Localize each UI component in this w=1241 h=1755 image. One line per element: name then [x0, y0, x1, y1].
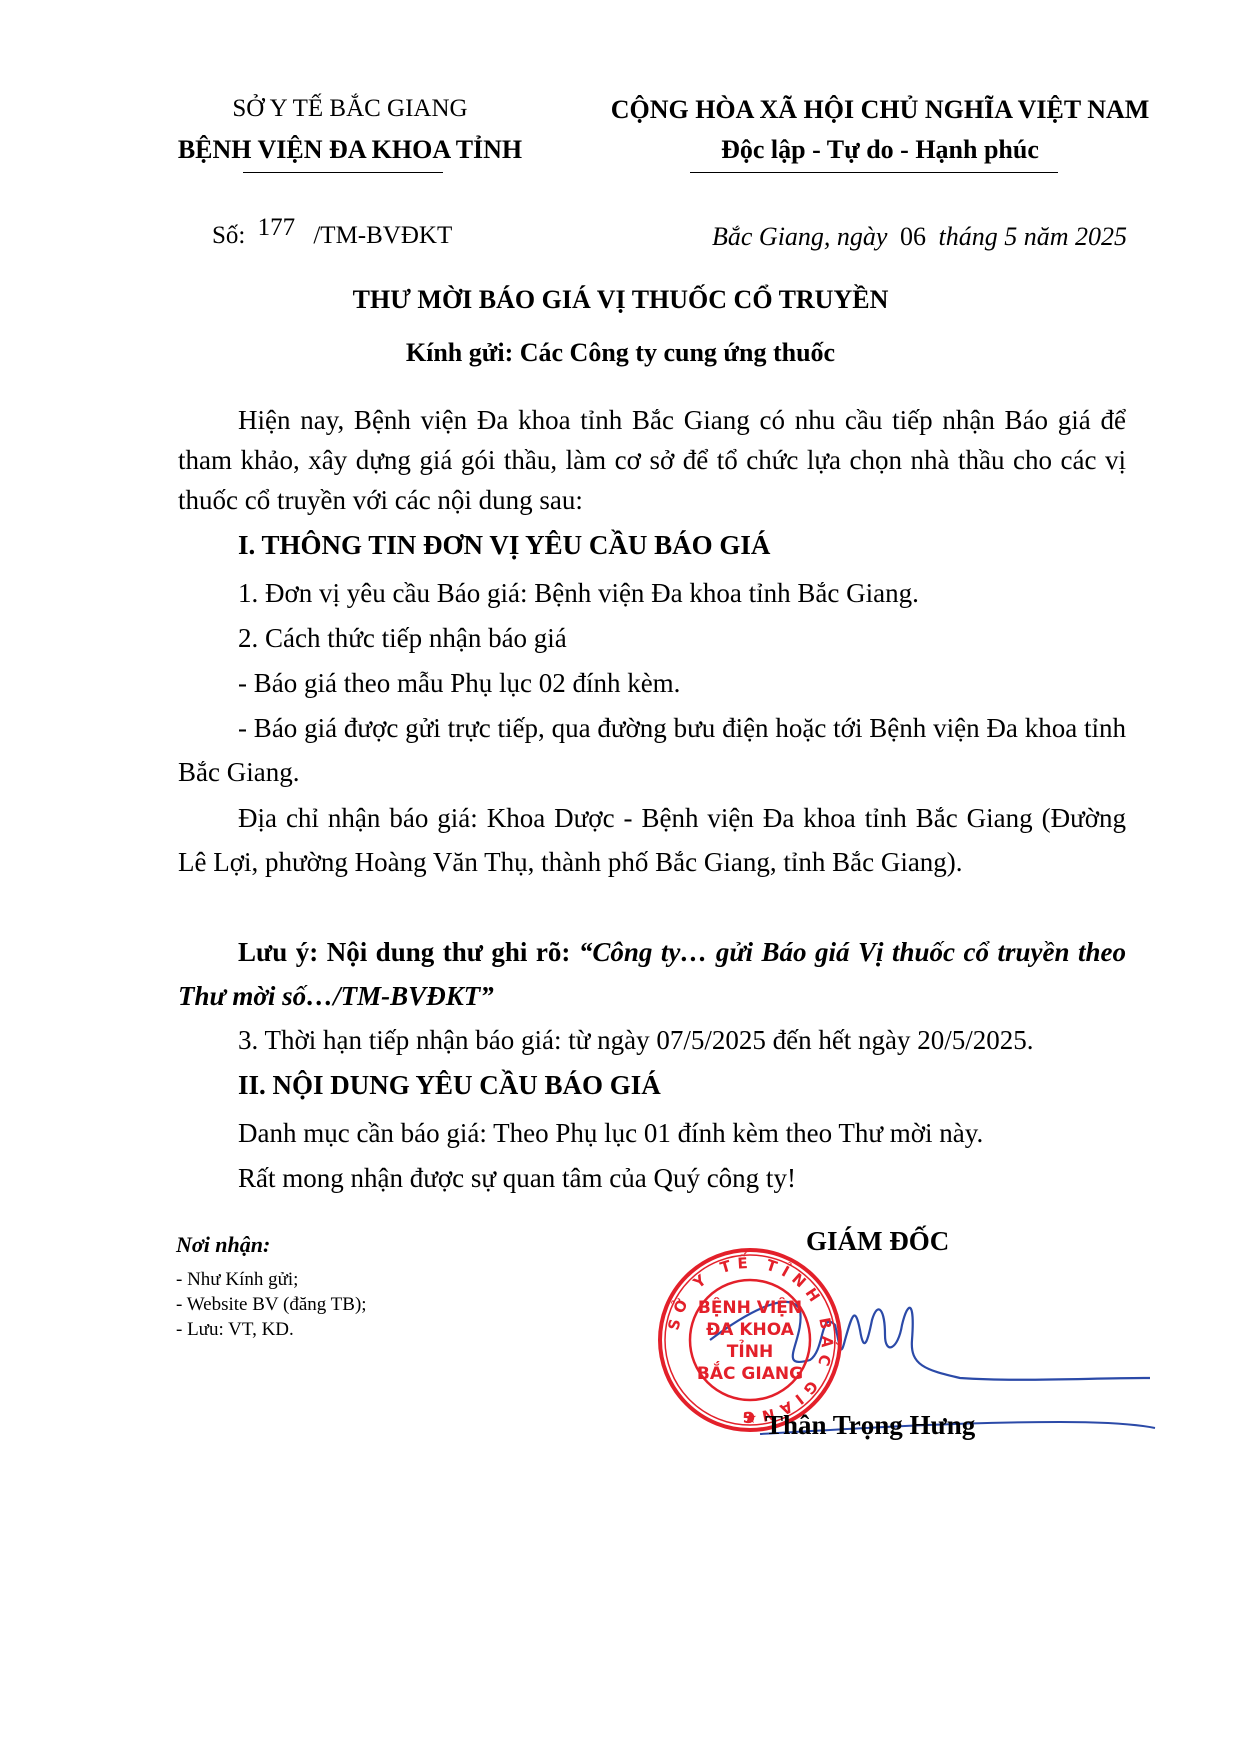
motto-underline [690, 172, 1058, 173]
svg-text:TỈNH: TỈNH [727, 1339, 773, 1362]
section1-address: Địa chỉ nhận báo giá: Khoa Dược - Bệnh v… [178, 796, 1126, 884]
section1-item2: 2. Cách thức tiếp nhận báo giá [238, 623, 1186, 654]
document-title: THƯ MỜI BÁO GIÁ VỊ THUỐC CỔ TRUYỀN [0, 285, 1241, 315]
hospital-name-underline [243, 172, 443, 173]
date-place: Bắc Giang, ngày [712, 222, 887, 251]
number-label: Số: [212, 222, 245, 249]
hospital-name: BỆNH VIỆN ĐA KHOA TỈNH [130, 135, 570, 165]
signer-name: Thân Trọng Hưng [765, 1410, 975, 1441]
country-title: CỘNG HÒA XÃ HỘI CHỦ NGHĨA VIỆT NAM [580, 95, 1180, 125]
svg-text:BỆNH VIỆN: BỆNH VIỆN [698, 1296, 802, 1318]
section1-item1: 1. Đơn vị yêu cầu Báo giá: Bệnh viện Đa … [238, 578, 1186, 609]
closing-sentence: Rất mong nhận được sự quan tâm của Quý c… [238, 1163, 1186, 1194]
section1-bullet1: - Báo giá theo mẫu Phụ lục 02 đính kèm. [238, 668, 1186, 699]
number-value: 177 [258, 214, 296, 241]
section1-note: Lưu ý: Nội dung thư ghi rõ: “Công ty… gử… [178, 930, 1126, 1018]
official-stamp-icon: SỞ Y TẾ TỈNH BẮC GIANG BỆNH VIỆN ĐA KHOA… [655, 1245, 845, 1435]
svg-text:★: ★ [743, 1410, 757, 1427]
section2-heading: II. NỘI DUNG YÊU CẦU BÁO GIÁ [238, 1070, 1186, 1101]
section2-item1: Danh mục cần báo giá: Theo Phụ lục 01 đí… [238, 1118, 1186, 1149]
section1-item3: 3. Thời hạn tiếp nhận báo giá: từ ngày 0… [238, 1025, 1186, 1056]
date-month-year: tháng 5 năm 2025 [938, 222, 1127, 251]
svg-text:BẮC GIANG: BẮC GIANG [697, 1360, 803, 1384]
addressee: Kính gửi: Các Công ty cung ứng thuốc [0, 338, 1241, 368]
document-date: Bắc Giang, ngày 06 tháng 5 năm 2025 [712, 222, 1127, 252]
recipient-item: - Website BV (đăng TB); [176, 1292, 367, 1317]
recipients-label: Nơi nhận: [176, 1232, 270, 1258]
section1-heading: I. THÔNG TIN ĐƠN VỊ YÊU CẦU BÁO GIÁ [238, 530, 1186, 561]
recipient-item: - Như Kính gửi; [176, 1267, 298, 1292]
date-day: 06 [900, 222, 926, 251]
document-number: Số: 177 /TM-BVĐKT [212, 222, 452, 250]
department-name: SỞ Y TẾ BẮC GIANG [140, 95, 560, 123]
motto: Độc lập - Tự do - Hạnh phúc [580, 135, 1180, 165]
number-suffix: /TM-BVĐKT [313, 222, 452, 249]
recipient-item: - Lưu: VT, KD. [176, 1317, 294, 1342]
note-label: Lưu ý: Nội dung thư ghi rõ: [238, 937, 579, 967]
intro-paragraph: Hiện nay, Bệnh viện Đa khoa tỉnh Bắc Gia… [178, 400, 1126, 520]
section1-bullet2: - Báo giá được gửi trực tiếp, qua đường … [178, 706, 1126, 794]
svg-text:ĐA KHOA: ĐA KHOA [706, 1320, 795, 1340]
